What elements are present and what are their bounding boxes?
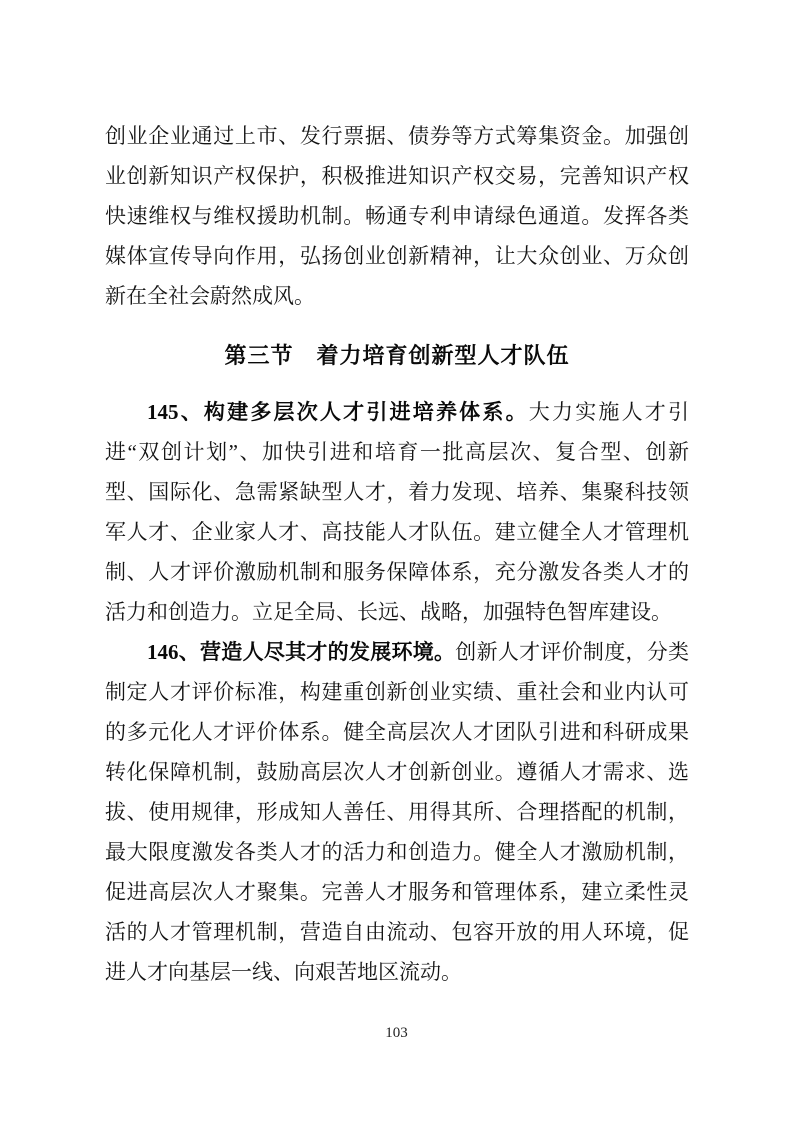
paragraph-146: 146、营造人尽其才的发展环境。创新人才评价制度，分类制定人才评价标准，构建重创… bbox=[105, 632, 689, 992]
paragraph-145-body: 大力实施人才引进“双创计划”、加快引进和培育一批高层次、复合型、创新型、国际化、… bbox=[105, 400, 689, 624]
paragraph-146-lead: 146、营造人尽其才的发展环境。 bbox=[147, 640, 455, 664]
continuation-paragraph: 创业企业通过上市、发行票据、债券等方式筹集资金。加强创业创新知识产权保护，积极推… bbox=[105, 116, 689, 316]
document-page: 创业企业通过上市、发行票据、债券等方式筹集资金。加强创业创新知识产权保护，积极推… bbox=[0, 0, 793, 1122]
page-number: 103 bbox=[0, 1023, 793, 1043]
page-content: 创业企业通过上市、发行票据、债券等方式筹集资金。加强创业创新知识产权保护，积极推… bbox=[105, 116, 689, 992]
section-heading: 第三节 着力培育创新型人才队伍 bbox=[105, 336, 689, 376]
paragraph-145: 145、构建多层次人才引进培养体系。大力实施人才引进“双创计划”、加快引进和培育… bbox=[105, 392, 689, 632]
paragraph-145-lead: 145、构建多层次人才引进培养体系。 bbox=[147, 400, 529, 424]
paragraph-146-body: 创新人才评价制度，分类制定人才评价标准，构建重创新创业实绩、重社会和业内认可的多… bbox=[105, 640, 689, 984]
